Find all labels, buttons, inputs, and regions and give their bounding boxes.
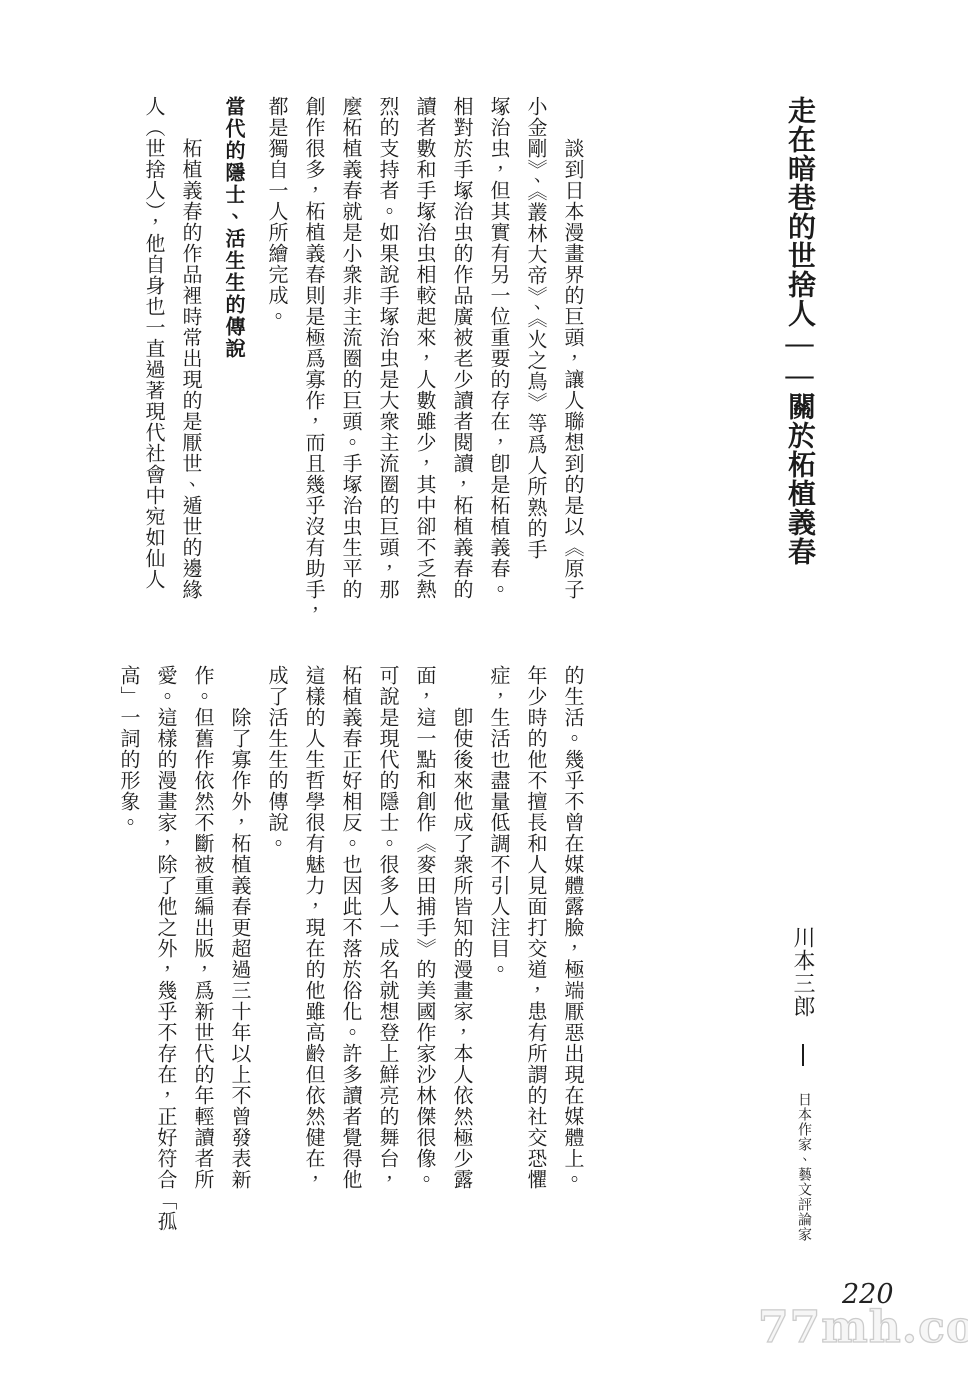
author-role: 日本作家、藝文評論家 [796,1092,811,1242]
text-column: 除了寡作外，柘植義春更超過三十年以上不曾發表新 [220,665,257,1221]
text-column: 卽使後來他成了衆所皆知的漫畫家，本人依然極少露 [442,665,479,1221]
text-column: 塚治虫，但其實有另一位重要的存在，卽是柘植義春。 [479,96,516,644]
text-block-bottom: 的生活。幾乎不曾在媒體露臉，極端厭惡出現在媒體上。年少時的他不擅長和人見面打交道… [109,665,590,1221]
text-column: 人（世捨人），他自身也一直過著現代社會中宛如仙人 [134,96,171,644]
text-column: 高」一詞的形象。 [109,665,146,1221]
author-name: 川本三郎 [791,926,816,1018]
text-column: 都是獨自一人所繪完成。 [257,96,294,644]
text-column: 烈的支持者。如果說手塚治虫是大衆主流圈的巨頭，那 [368,96,405,644]
text-column: 小金剛》、《叢林大帝》、《火之鳥》等爲人所熟的手 [516,96,553,644]
text-column: 可說是現代的隱士。很多人一成名就想登上鮮亮的舞台， [368,665,405,1221]
book-page: 走在暗巷的世捨人——關於柘植義春 川本三郎 日本作家、藝文評論家 談到日本漫畫界… [0,0,968,1374]
text-column: 創作很多，柘植義春則是極爲寡作，而且幾乎沒有助手， [294,96,331,644]
text-column: 談到日本漫畫界的巨頭，讓人聯想到的是以《原子 [553,96,590,644]
text-column: 這樣的人生哲學很有魅力，現在的他雖高齡但依然健在， [294,665,331,1221]
text-column: 相對於手塚治虫的作品廣被老少讀者閱讀，柘植義春的 [442,96,479,644]
author-separator [802,1044,804,1066]
text-column: 讀者數和手塚治虫相較起來，人數雖少，其中卻不乏熱 [405,96,442,644]
text-column: 症，生活也盡量低調不引人注目。 [479,665,516,1221]
watermark: 77mh.com [758,1302,968,1353]
text-column: 成了活生生的傳說。 [257,665,294,1221]
text-column: 柘植義春的作品裡時常出現的是厭世、遁世的邊緣 [171,96,208,644]
text-column: 的生活。幾乎不曾在媒體露臉，極端厭惡出現在媒體上。 [553,665,590,1221]
text-column: 作。但舊作依然不斷被重編出版，爲新世代的年輕讀者所 [183,665,220,1221]
section-heading: 當代的隱士、活生生的傳說 [214,96,251,644]
text-column: 愛。這樣的漫畫家，除了他之外，幾乎不存在，正好符合「孤 [146,665,183,1221]
text-block-top: 談到日本漫畫界的巨頭，讓人聯想到的是以《原子小金剛》、《叢林大帝》、《火之鳥》等… [134,96,590,644]
text-column: 面，這一點和創作《麥田捕手》的美國作家沙林傑很像。 [405,665,442,1221]
text-column: 年少時的他不擅長和人見面打交道，患有所謂的社交恐懼 [516,665,553,1221]
text-column: 柘植義春正好相反。也因此不落於俗化。許多讀者覺得他 [331,665,368,1221]
text-column: 麼柘植義春就是小衆非主流圈的巨頭。手塚治虫生平的 [331,96,368,644]
article-title: 走在暗巷的世捨人——關於柘植義春 [779,96,819,626]
author-byline: 川本三郎 日本作家、藝文評論家 [788,926,818,1242]
